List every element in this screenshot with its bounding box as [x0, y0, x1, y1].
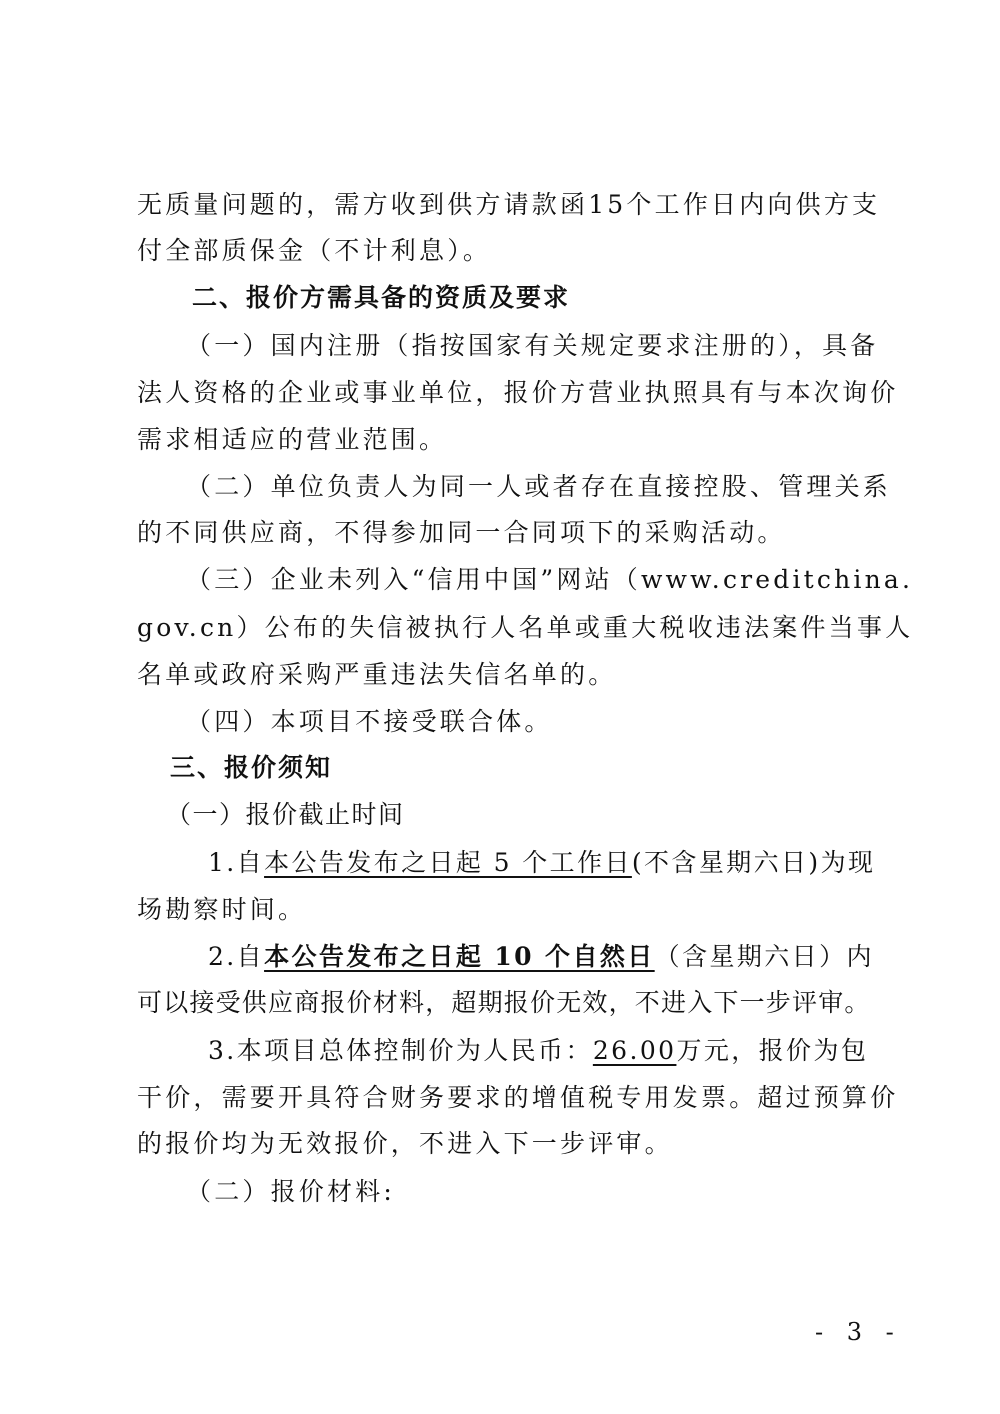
paragraph-line: 无质量问题的，需方收到供方请款函15个工作日内向供方支	[137, 190, 880, 220]
paragraph-line: 法人资格的企业或事业单位，报价方营业执照具有与本次询价	[137, 378, 898, 408]
text-fragment: 1.自	[208, 848, 264, 877]
paragraph-line: 干价，需要开具符合财务要求的增值税专用发票。超过预算价	[137, 1083, 898, 1113]
paragraph-line: 付全部质保金（不计利息）。	[137, 236, 491, 266]
underlined-text: 本公告发布之日起 5 个工作日	[264, 848, 632, 877]
section-heading-2: 二、报价方需具备的资质及要求	[192, 283, 570, 313]
text-fragment: 2.自	[208, 942, 264, 971]
text-fragment: (不含星期六日)为现	[632, 848, 876, 877]
paragraph-line: 1.自本公告发布之日起 5 个工作日(不含星期六日)为现	[208, 848, 875, 878]
underlined-bold-text: 本公告发布之日起 10 个自然日	[264, 942, 655, 971]
paragraph-line: 名单或政府采购严重违法失信名单的。	[137, 660, 616, 690]
text-fragment: 万元，报价为包	[676, 1036, 868, 1065]
paragraph-line: 的不同供应商，不得参加同一合同项下的采购活动。	[137, 518, 786, 548]
paragraph-line: 3.本项目总体控制价为人民币：26.00万元，报价为包	[208, 1036, 868, 1066]
underlined-amount: 26.00	[593, 1036, 677, 1065]
paragraph-line: （四）本项目不接受联合体。	[186, 707, 553, 737]
page-number: - 3 -	[815, 1318, 902, 1346]
paragraph-line: 需求相适应的营业范围。	[137, 425, 447, 455]
paragraph-line: （一）国内注册（指按国家有关规定要求注册的），具备	[186, 331, 879, 361]
subsection-heading: （二）报价材料:	[186, 1177, 395, 1207]
paragraph-line: 2.自本公告发布之日起 10 个自然日（含星期六日）内	[208, 942, 874, 972]
paragraph-line: gov.cn）公布的失信被执行人名单或重大税收违法案件当事人	[137, 613, 913, 643]
section-heading-3: 三、报价须知	[170, 753, 332, 783]
text-fragment: （含星期六日）内	[655, 942, 874, 971]
paragraph-line: 可以接受供应商报价材料，超期报价无效，不进入下一步评审。	[137, 988, 871, 1018]
paragraph-line: 的报价均为无效报价，不进入下一步评审。	[137, 1129, 673, 1159]
paragraph-line: （二）单位负责人为同一人或者存在直接控股、管理关系	[186, 472, 891, 502]
text-fragment: 3.本项目总体控制价为人民币：	[208, 1036, 593, 1065]
paragraph-line: 场勘察时间。	[137, 895, 306, 925]
subsection-heading: （一）报价截止时间	[166, 800, 405, 830]
paragraph-line: （三）企业未列入“信用中国”网站（www.creditchina.	[186, 565, 913, 595]
